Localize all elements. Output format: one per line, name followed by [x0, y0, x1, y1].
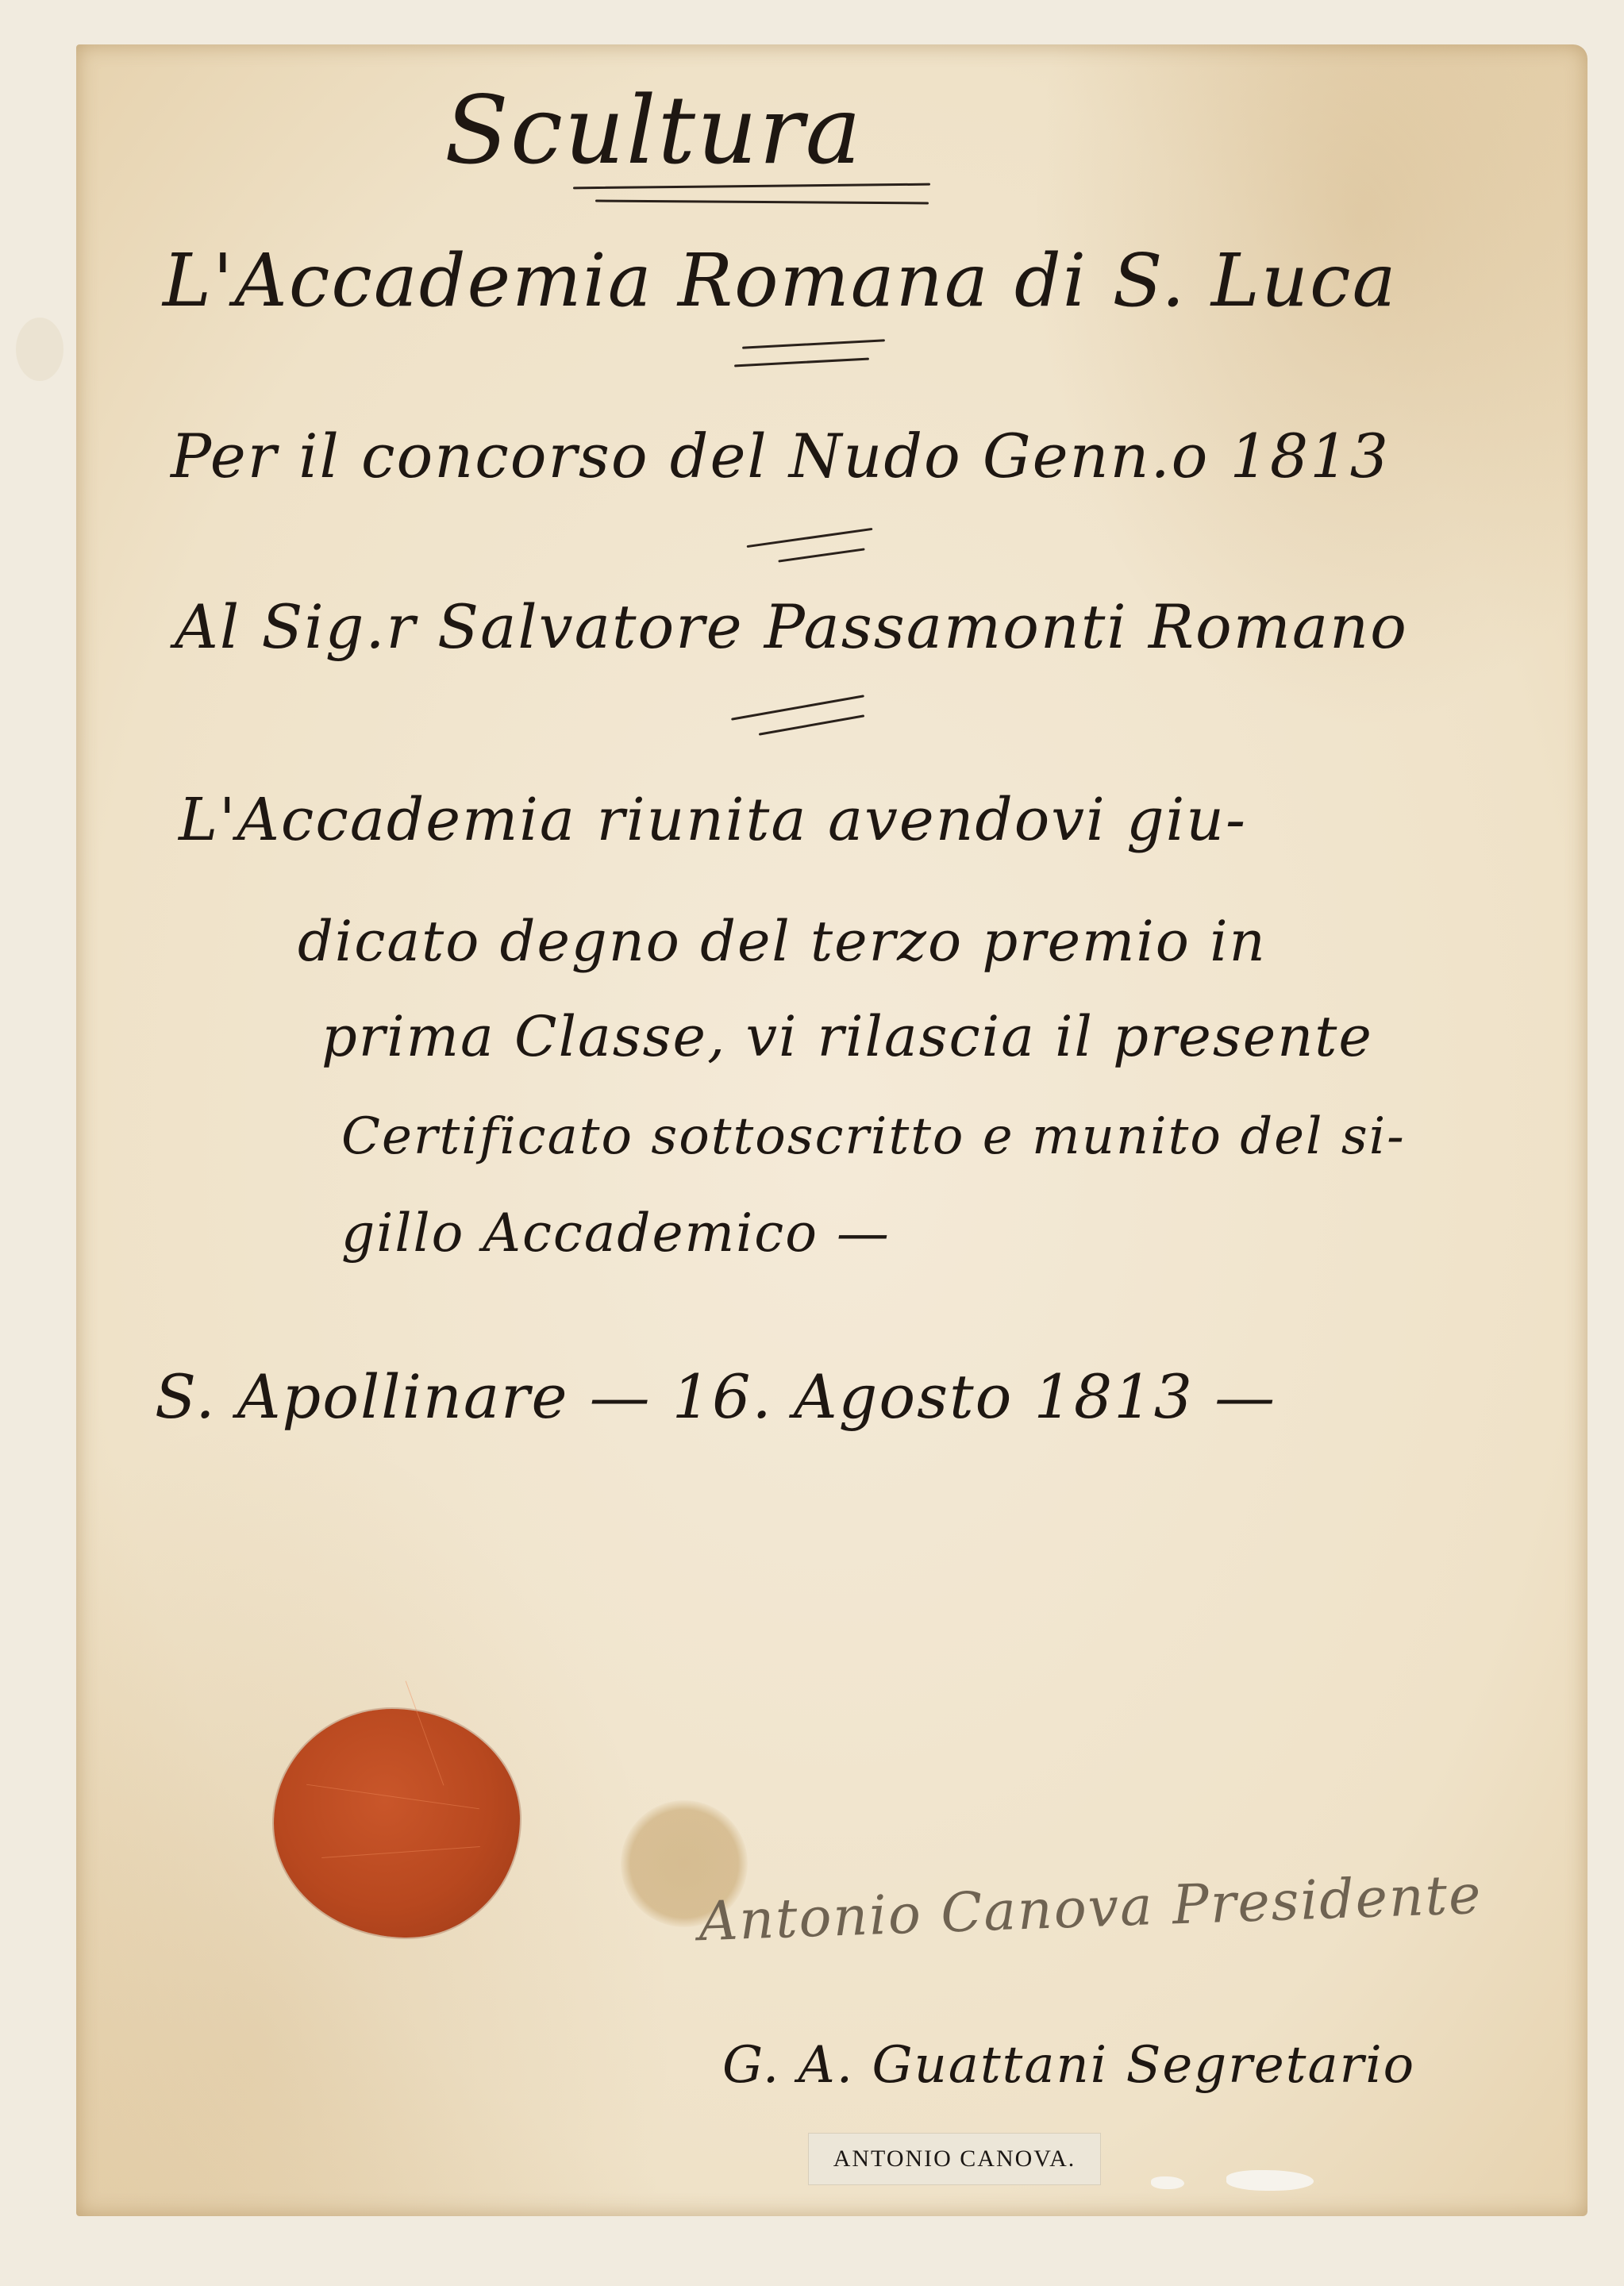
paper-damage [1226, 2170, 1314, 2191]
competition-line: Per il concorso del Nudo Genn.o 1813 [171, 421, 1390, 491]
paper-damage [1151, 2176, 1184, 2189]
name-label: ANTONIO CANOVA. [808, 2133, 1101, 2185]
recipient-line: Al Sig.r Salvatore Passamonti Romano [175, 591, 1408, 662]
signature-secretary: G. A. Guattani Segretario [722, 2036, 1415, 2095]
heading: Scultura [444, 75, 863, 185]
mount-stain [16, 317, 63, 381]
body-line-2: dicato degno del terzo premio in [298, 909, 1267, 974]
place-date-line: S. Apollinare — 16. Agosto 1813 — [155, 1361, 1276, 1432]
institution-line: L'Accademia Romana di S. Luca [163, 238, 1397, 323]
body-line-1: L'Accademia riunita avendovi giu- [179, 786, 1247, 854]
body-line-4: Certificato sottoscritto e munito del si… [341, 1107, 1406, 1166]
body-line-3: prima Classe, vi rilascia il presente [321, 1004, 1373, 1069]
body-line-5: gillo Accademico — [341, 1203, 891, 1264]
